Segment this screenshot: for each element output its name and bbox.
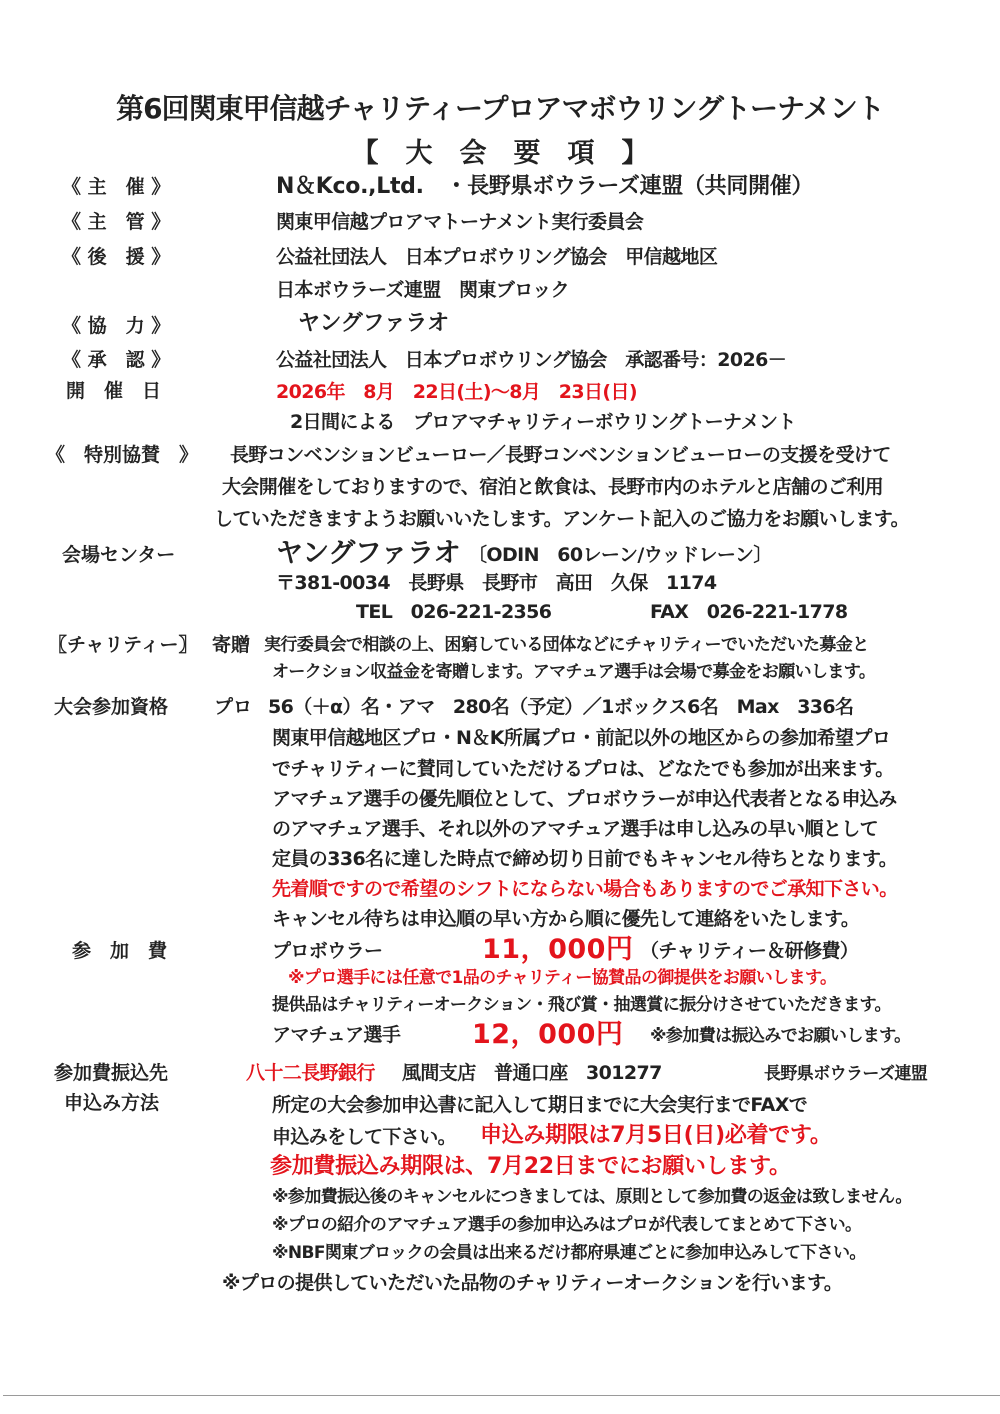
charity-sublabel: 寄贈 xyxy=(212,636,250,655)
support-label: 《 後 援 》 xyxy=(62,248,170,267)
application-deadline: 申込み期限は7月5日(日)必着です。 xyxy=(480,1125,832,1147)
special-sponsor-line-3: していただきますようお願いいたします。アンケート記入のご協力をお願いします。 xyxy=(214,510,909,529)
date-label: 開 催 日 xyxy=(66,382,161,401)
bank-label: 参加費振込先 xyxy=(54,1064,168,1083)
charity-line-1: 実行委員会で相談の上、困窮している団体などにチャリティーでいただいた募金と xyxy=(264,637,869,654)
application-payment-deadline: 参加費振込み期限は、7月22日までにお願いします。 xyxy=(270,1156,791,1178)
bank-name: 八十二長野銀行 xyxy=(246,1064,375,1083)
eligibility-line-1: 関東甲信越地区プロ・N＆K所属プロ・前記以外の地区からの参加希望プロ xyxy=(272,729,890,748)
application-final-note: ※プロの提供していただいた品物のチャリティーオークションを行います。 xyxy=(222,1274,842,1293)
support-line-1: 公益社団法人 日本プロボウリング協会 甲信越地区 xyxy=(276,248,717,267)
fees-pro-note: （チャリティー＆研修費） xyxy=(640,942,858,961)
fees-pro-price: 11，000円 xyxy=(482,936,633,963)
venue-tel: TEL 026-221-2356 xyxy=(356,603,551,622)
management-value: 関東甲信越プロアマトーナメント実行委員会 xyxy=(276,213,643,232)
eligibility-line-3: アマチュア選手の優先順位として、プロボウラーが申込代表者となる申込み xyxy=(272,790,897,809)
charity-line-2: オークション収益金を寄贈します。アマチュア選手は会場で募金をお願いします。 xyxy=(272,664,875,681)
special-sponsor-line-2: 大会開催をしておりますので、宿泊と飲食は、長野市内のホテルと店舗のご利用 xyxy=(222,478,883,497)
organizer-value: N＆Kco.,Ltd. ・長野県ボウラーズ連盟（共同開催） xyxy=(276,176,813,198)
cooperation-label: 《 協 力 》 xyxy=(62,317,170,336)
scan-edge-line xyxy=(3,1395,1000,1396)
fees-amateur-price: 12，000円 xyxy=(472,1021,623,1048)
bank-holder: 長野県ボウラーズ連盟 xyxy=(764,1066,927,1083)
eligibility-first-line: 56（＋α）名・アマ 280名（予定）／1ボックス6名 Max 336名 xyxy=(268,698,853,717)
approval-value: 公益社団法人 日本プロボウリング協会 承認番号：2026－ xyxy=(276,351,786,370)
venue-address: 〒381-0034 長野県 長野市 高田 久保 1174 xyxy=(276,574,717,593)
fees-pro-request: ※プロ選手には任意で1品のチャリティー協賛品の御提供をお願いします。 xyxy=(288,970,836,987)
approval-label: 《 承 認 》 xyxy=(62,351,170,370)
fees-pro-label: プロボウラー xyxy=(272,942,382,961)
organizer-label: 《 主 催 》 xyxy=(62,178,170,197)
special-sponsor-label: 《 特別協賛 》 xyxy=(46,446,198,465)
date-value: 2026年 8月 22日(土)～8月 23日(日) xyxy=(276,383,637,402)
eligibility-line-5: 定員の336名に達した時点で締め切り日前でもキャンセル待ちとなります。 xyxy=(272,850,897,869)
application-note-1: ※参加費振込後のキャンセルにつきましては、原則として参加費の返金は致しません。 xyxy=(272,1189,912,1206)
management-label: 《 主 管 》 xyxy=(62,213,170,232)
support-line-2: 日本ボウラーズ連盟 関東ブロック xyxy=(276,281,569,300)
eligibility-line-4: のアマチュア選手、それ以外のアマチュア選手は申し込みの早い順として xyxy=(272,820,878,839)
application-label: 申込み方法 xyxy=(64,1094,159,1113)
application-line-2-black: 申込みをして下さい。 xyxy=(272,1128,456,1147)
eligibility-warning: 先着順ですので希望のシフトにならない場合もありますのでご承知下さい。 xyxy=(272,880,898,899)
application-line-1: 所定の大会参加申込書に記入して期日までに大会実行までFAXで xyxy=(272,1096,807,1115)
date-note: 2日間による プロアマチャリティーボウリングトーナメント xyxy=(290,413,796,432)
venue-fax: FAX 026-221-1778 xyxy=(650,603,848,622)
fees-amateur-note: ※参加費は振込みでお願いします。 xyxy=(650,1028,911,1045)
venue-label: 会場センター xyxy=(62,546,175,565)
fees-items-note: 提供品はチャリティーオークション・飛び賞・抽選賞に振分けさせていただきます。 xyxy=(272,997,891,1014)
eligibility-last-line: キャンセル待ちは申込順の早い方から順に優先して連絡をいたします。 xyxy=(272,910,859,929)
special-sponsor-line-1: 長野コンベンションビューロー／長野コンベンションビューローの支援を受けて xyxy=(230,446,891,465)
eligibility-line-2: でチャリティーに賛同していただけるプロは、どなたでも参加が出来ます。 xyxy=(272,760,894,779)
bank-branch: 風間支店 普通口座 301277 xyxy=(402,1064,662,1083)
application-note-2: ※プロの紹介のアマチュア選手の参加申込みはプロが代表してまとめて下さい。 xyxy=(272,1217,861,1234)
fees-label: 参 加 費 xyxy=(72,942,167,961)
document-title: 第6回関東甲信越チャリティープロアマボウリングトーナメント xyxy=(0,95,1000,123)
fees-amateur-label: アマチュア選手 xyxy=(272,1026,400,1045)
venue-name: ヤングファラオ xyxy=(276,540,460,567)
eligibility-label: 大会参加資格 xyxy=(54,698,168,717)
eligibility-sublabel: プロ xyxy=(214,698,252,717)
document-subtitle: 【 大 会 要 項 】 xyxy=(0,140,1000,167)
venue-detail: 〔ODIN 60レーン/ウッドレーン〕 xyxy=(468,546,772,565)
cooperation-value: ヤングファラオ xyxy=(298,313,449,335)
application-note-3: ※NBF関東ブロックの会員は出来るだけ都府県連ごとに参加申込みして下さい。 xyxy=(272,1245,866,1262)
charity-label: 〖チャリティー〗 xyxy=(48,636,198,655)
